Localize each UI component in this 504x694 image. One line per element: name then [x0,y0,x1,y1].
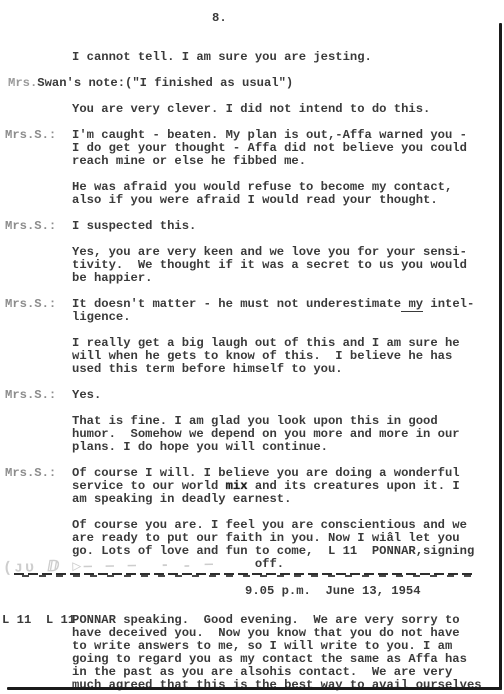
dialogue-text: Yes, you are very keen and we love you f… [72,246,467,285]
dialogue-text: He was afraid you would refuse to become… [72,181,452,207]
dialogue-text: I cannot tell. I am sure you are jesting… [72,51,372,64]
note-text: Swan's note:("I finished as usual") [37,76,293,90]
dialogue-text-pre: It doesn't matter - he must not underest… [72,297,401,311]
dialogue-paragraph: Mrs.S.: I suspected this. [0,220,504,233]
overstruck-word: mix [226,479,248,493]
dialogue-paragraph: That is fine. I am glad you look upon th… [0,415,504,454]
speaker-label: Mrs.S.: [5,129,56,142]
document-sheet: 8. I cannot tell. I am sure you are jest… [0,0,504,694]
call-sign-label: L 11 L 11 [2,614,75,627]
dialogue-paragraph: L 11 L 11 PONNAR speaking. Good evening.… [0,614,504,692]
speaker-label: Mrs.S.: [5,298,56,311]
session-timestamp: 9.05 p.m. June 13, 1954 [245,585,504,598]
dialogue-paragraph: Mrs.S.: It doesn't matter - he must not … [0,298,504,324]
dialogue-text: You are very clever. I did not intend to… [72,103,430,116]
dialogue-paragraph: You are very clever. I did not intend to… [0,103,504,116]
dialogue-text: Yes. [72,389,101,402]
dialogue-text: That is fine. I am glad you look upon th… [72,415,460,454]
dialogue-paragraph: Mrs.S.: Yes. [0,389,504,402]
speaker-label: Mrs.S.: [5,220,56,233]
note-faded-prefix: Mrs. [8,76,37,90]
dialogue-paragraph: Mrs.S.: I'm caught - beaten. My plan is … [0,129,504,168]
scan-edge-right [499,23,502,690]
dialogue-paragraph: Yes, you are very keen and we love you f… [0,246,504,285]
speaker-label: Mrs.S.: [5,389,56,402]
dialogue-text: Of course I will. I believe you are doin… [72,467,460,506]
note-line: Mrs.Swan's note:("I finished as usual") [0,77,504,90]
dialogue-paragraph: I really get a big laugh out of this and… [0,337,504,376]
dialogue-paragraph: He was afraid you would refuse to become… [0,181,504,207]
scan-edge-bottom [7,687,502,691]
speaker-label: Mrs.S.: [5,467,56,480]
dialogue-paragraph: Mrs.S.: Of course I will. I believe you … [0,467,504,506]
dialogue-text: I really get a big laugh out of this and… [72,337,460,376]
dialogue-text: It doesn't matter - he must not underest… [72,298,474,324]
underlined-word: my [401,297,423,312]
dialogue-text: I suspected this. [72,220,196,233]
page-number: 8. [212,12,504,25]
dialogue-text: PONNAR speaking. Good evening. We are ve… [72,614,482,692]
pencil-scribble: (ᴊυ ⅅ ▷‒ ‒ ‒ ‑ ˗ ‒ [3,558,216,575]
dialogue-text: I'm caught - beaten. My plan is out,-Aff… [72,129,467,168]
dialogue-paragraph: I cannot tell. I am sure you are jesting… [0,51,504,64]
